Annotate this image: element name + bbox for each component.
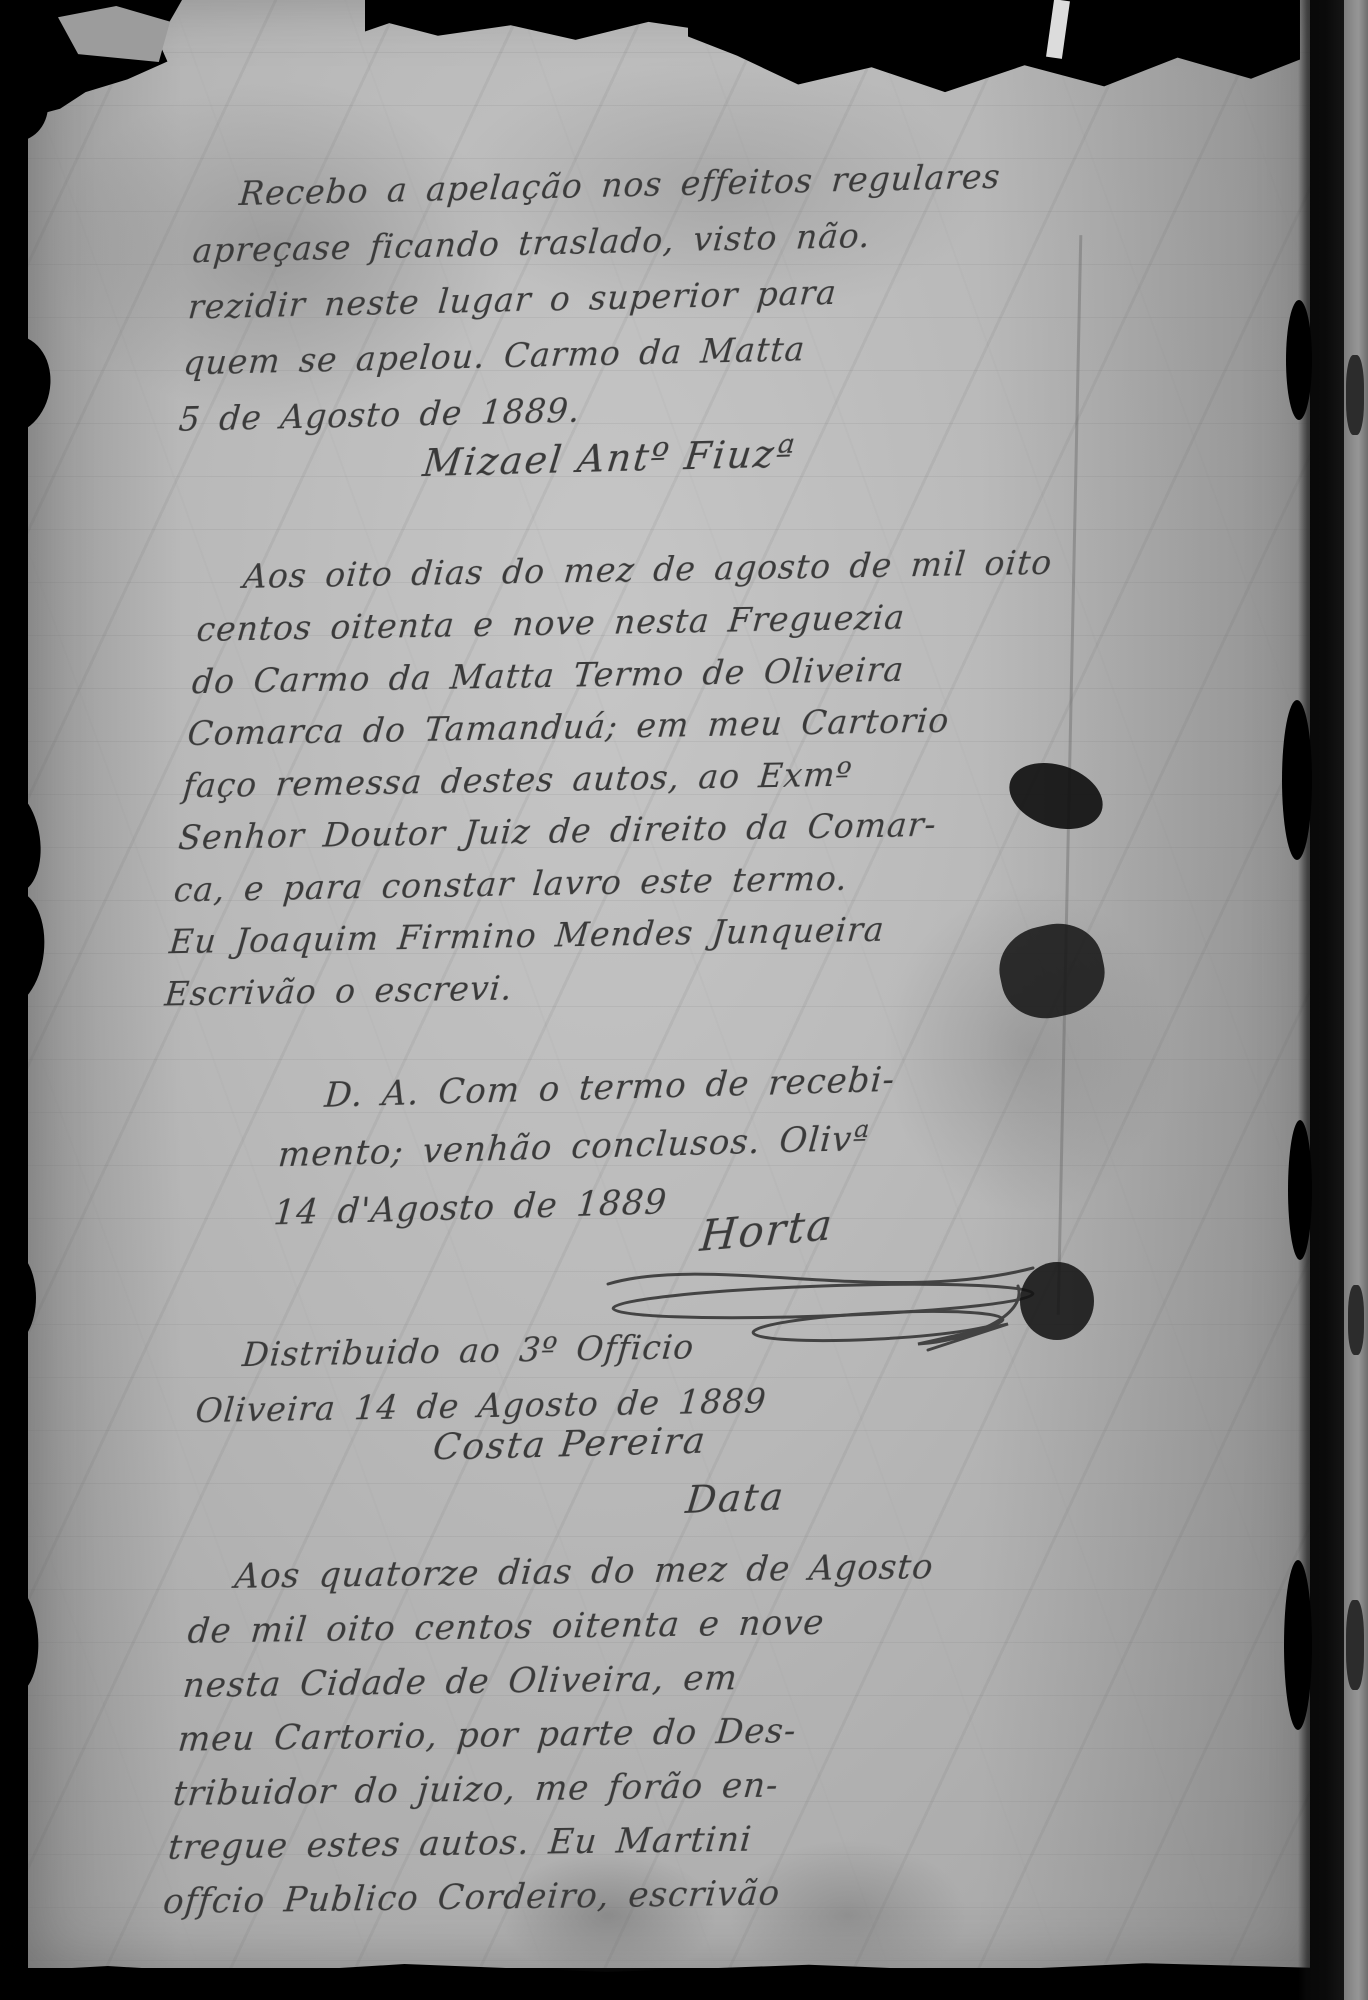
adjacent-page-mark — [1348, 1285, 1364, 1355]
despacho-conclusos: D. A. Com o termo de recebi-mento; venhã… — [271, 1047, 1024, 1242]
section-heading-data: Data — [684, 1474, 788, 1522]
termo-de-remessa: Aos oito dias do mez de agosto de mil oi… — [163, 537, 1024, 1020]
gutter-tear — [1288, 1120, 1312, 1260]
gutter-tear — [1284, 1560, 1312, 1730]
paper-sheet: Recebo a apelação nos effeitos regulares… — [28, 0, 1310, 1968]
signature-flourish — [588, 1246, 1048, 1356]
manuscript-line: offcio Publico Cordeiro, escrivão — [161, 1863, 1006, 1929]
gutter-tear — [1286, 300, 1312, 420]
gutter-tear — [1282, 700, 1312, 860]
adjacent-page-mark — [1346, 355, 1364, 435]
signature-judge: Mizael Antº Fiuzª — [421, 431, 799, 485]
tear-hole — [0, 630, 22, 682]
adjacent-page-mark — [1346, 1600, 1364, 1690]
signature-distributor: Costa Pereira — [431, 1420, 709, 1468]
manuscript-content: Recebo a apelação nos effeitos regulares… — [28, 0, 1310, 1968]
termo-de-data: Aos quatorze dias do mez de Agostode mil… — [161, 1539, 1035, 1929]
tear-shadow-right — [1020, 1262, 1094, 1340]
despacho-recebimento: Recebo a apelação nos effeitos regulares… — [177, 148, 1030, 447]
adjacent-page-edge — [1344, 0, 1368, 2000]
